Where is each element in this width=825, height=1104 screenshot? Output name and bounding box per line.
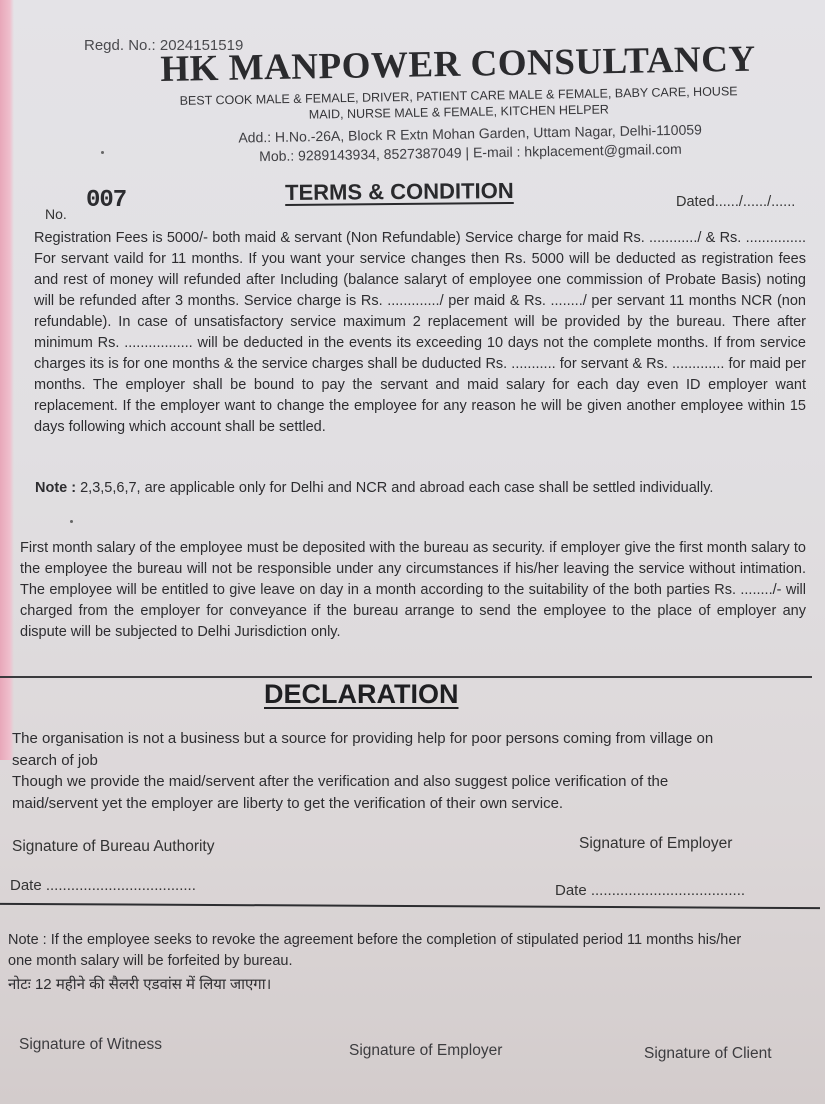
declaration-line-1: The organisation is not a business but a…: [12, 728, 732, 771]
terms-paragraph-2: First month salary of the employee must …: [20, 538, 806, 643]
terms-heading: TERMS & CONDITION: [285, 178, 514, 206]
signature-witness: Signature of Witness: [19, 1036, 162, 1054]
paper-speck: [70, 520, 73, 523]
date-field-right: Date ...................................…: [555, 882, 745, 899]
form-number-value: 007: [86, 187, 126, 214]
paper-speck: [101, 151, 104, 154]
signature-employer-bottom: Signature of Employer: [349, 1042, 502, 1060]
terms-note: Note : 2,3,5,6,7, are applicable only fo…: [35, 480, 713, 496]
document-page: Regd. No.: 2024151519 HK MANPOWER CONSUL…: [0, 0, 825, 1104]
services-list: BEST COOK MALE & FEMALE, DRIVER, PATIENT…: [176, 83, 741, 125]
declaration-line-2: Though we provide the maid/servent after…: [12, 771, 732, 814]
footer-note-english: Note : If the employee seeks to revoke t…: [8, 930, 768, 972]
pink-paper-edge: [0, 0, 14, 760]
contact-block: Add.: H.No.-26A, Block R Extn Mohan Gard…: [210, 120, 731, 167]
company-name: HK MANPOWER CONSULTANCY: [160, 38, 756, 91]
terms-paragraph-1: Registration Fees is 5000/- both maid & …: [34, 228, 806, 438]
declaration-body: The organisation is not a business but a…: [12, 728, 732, 814]
footer-note-hindi: नोटः 12 महीने की सैलरी एडवांस में लिया ज…: [8, 974, 271, 994]
footer-divider: [0, 903, 820, 909]
form-number-label: No.: [45, 206, 67, 222]
dated-field: Dated....../....../......: [676, 194, 795, 210]
date-field-left: Date ...................................…: [10, 877, 196, 894]
declaration-heading: DECLARATION: [264, 679, 458, 710]
terms-note-text: 2,3,5,6,7, are applicable only for Delhi…: [76, 480, 713, 496]
terms-note-label: Note :: [35, 480, 76, 496]
signature-bureau-authority: Signature of Bureau Authority: [12, 838, 215, 856]
signature-employer-top: Signature of Employer: [579, 835, 732, 853]
section-divider: [0, 676, 812, 678]
signature-client: Signature of Client: [644, 1045, 772, 1063]
